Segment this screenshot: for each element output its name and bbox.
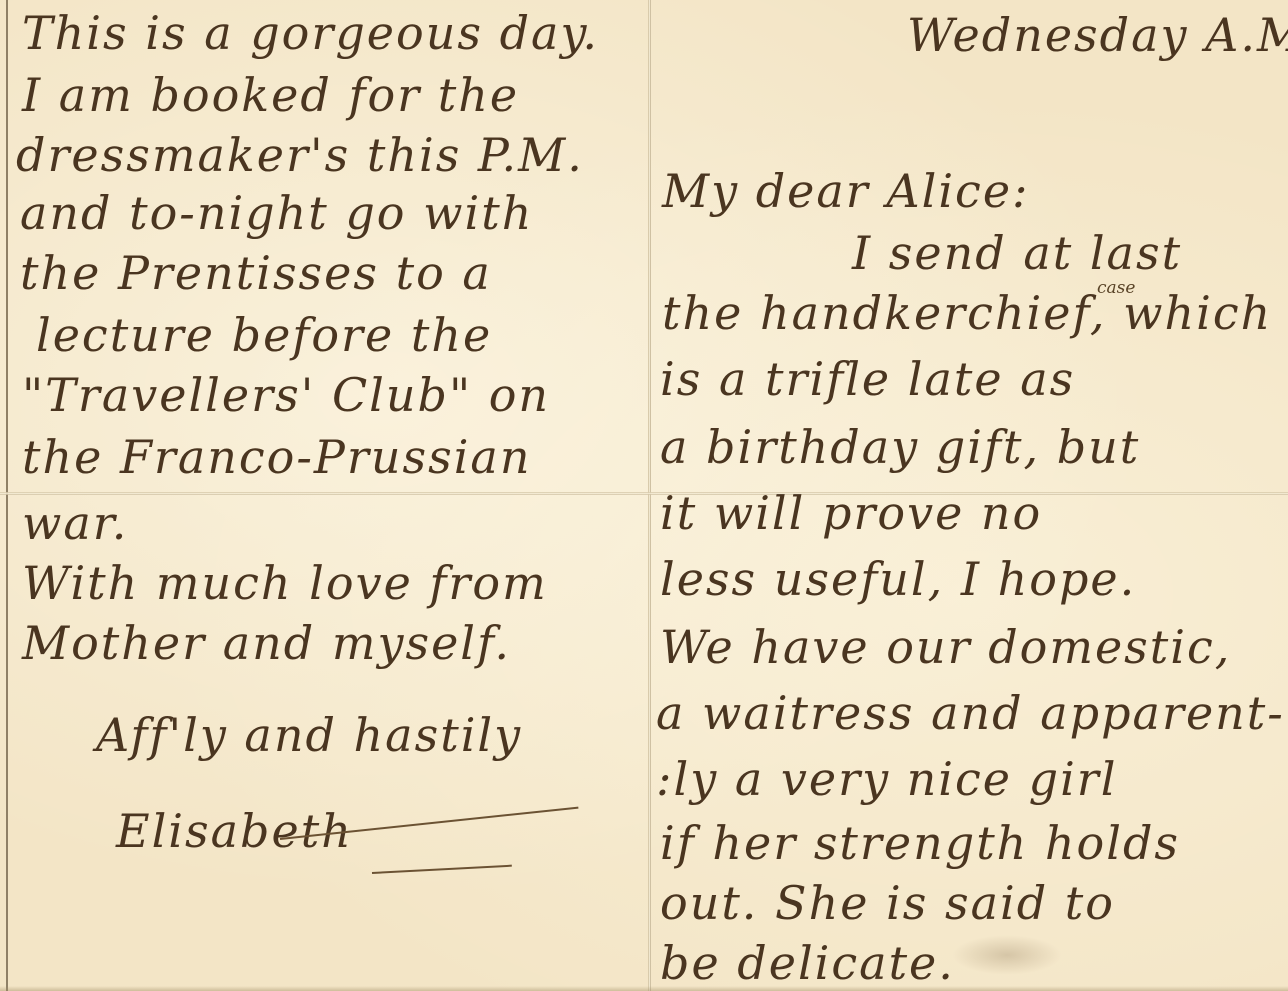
dateline: Wednesday A.M. (907, 12, 1288, 58)
letter-line: a birthday gift, but (660, 424, 1140, 470)
letter-line: With much love from (22, 560, 548, 606)
vertical-fold-crease (648, 0, 651, 991)
salutation: My dear Alice: (662, 168, 1030, 214)
letter-line: the Franco-Prussian (22, 434, 531, 480)
letter-line: if her strength holds (660, 820, 1180, 866)
letter-line: less useful, I hope. (660, 556, 1136, 602)
signature-underline (372, 865, 512, 874)
letter-line: This is a gorgeous day. (22, 10, 599, 56)
signature: Elisabeth (116, 808, 353, 854)
letter-line: a waitress and apparent- (656, 690, 1285, 736)
right-page: Wednesday A.M. My dear Alice: I send at … (652, 0, 1288, 991)
left-page: This is a gorgeous day. I am booked for … (10, 0, 646, 991)
letter-line: out. She is said to (660, 880, 1115, 926)
letter-line: and to-night go with (20, 190, 533, 236)
letter-line: it will prove no (660, 490, 1042, 536)
letter-line: "Travellers' Club" on (22, 372, 550, 418)
letter-line: I send at last (852, 230, 1182, 276)
letter-line: is a trifle late as (660, 356, 1075, 402)
closing-line: Aff'ly and hastily (96, 712, 522, 758)
letter-line: war. (22, 500, 128, 546)
letter-line: dressmaker's this P.M. (16, 132, 584, 178)
caret-insertion: case (1097, 278, 1135, 298)
paper-edge (6, 0, 8, 991)
letter-line: the handkerchief, which (662, 290, 1272, 336)
letter-line: Mother and myself. (22, 620, 511, 666)
letter-line: be delicate. (660, 940, 955, 986)
letter-line: the Prentisses to a (20, 250, 492, 296)
ink-smudge (952, 935, 1062, 975)
letter-line: We have our domestic, (660, 624, 1231, 670)
letter-sheet: This is a gorgeous day. I am booked for … (0, 0, 1288, 991)
letter-line: lecture before the (36, 312, 492, 358)
letter-line: I am booked for the (22, 72, 519, 118)
letter-line: :ly a very nice girl (656, 756, 1117, 802)
